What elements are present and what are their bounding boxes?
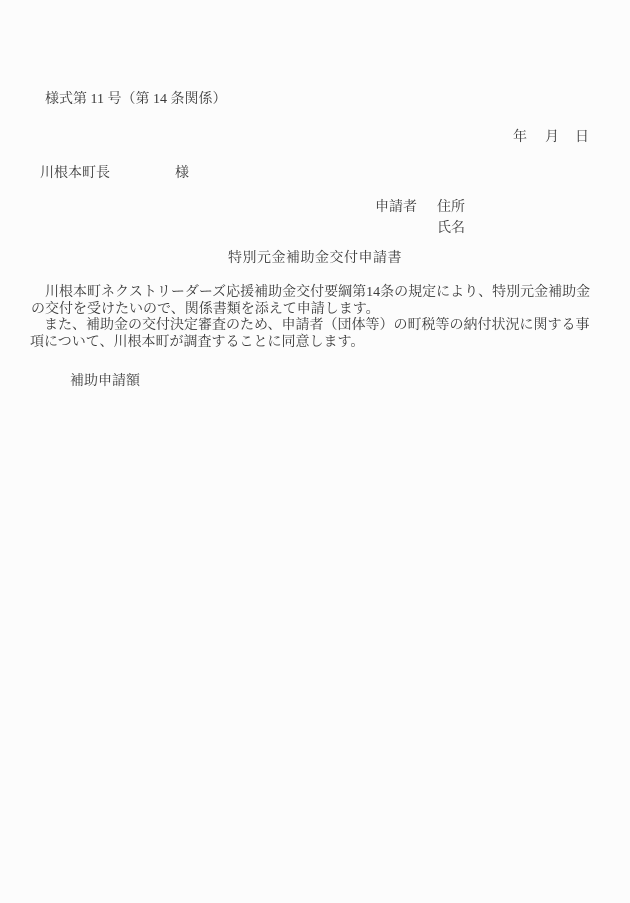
applicant-label: 申請者	[375, 200, 417, 216]
date-year-label: 年	[513, 130, 527, 146]
document-title: 特別元金補助金交付申請書	[0, 251, 630, 267]
applicant-address-label: 住所	[437, 200, 465, 216]
body-paragraph-line-3: また、補助金の交付決定審査のため、申請者（団体等）の町税等の納付状況に関する事	[44, 318, 589, 334]
addressee-name: 川根本町長	[40, 166, 110, 182]
document-page: 様式第 11 号（第 14 条関係） 年 月 日 川根本町長 様 申請者 住所 …	[0, 0, 630, 903]
body-paragraph-line-4: 項について、川根本町が調査することに同意します。	[30, 335, 364, 351]
body-paragraph-line-1: 川根本町ネクストリーダーズ応援補助金交付要綱第14条の規定により、特別元金補助金	[45, 285, 590, 301]
date-month-label: 月	[545, 130, 559, 146]
applicant-name-label: 氏名	[437, 221, 465, 237]
addressee-honorific: 様	[175, 166, 189, 182]
body-paragraph-line-2: の交付を受けたいので、関係書類を添えて申請します。	[31, 302, 380, 318]
form-number: 様式第 11 号（第 14 条関係）	[45, 92, 226, 108]
date-day-label: 日	[575, 130, 589, 146]
subsidy-amount-label: 補助申請額	[70, 374, 140, 390]
